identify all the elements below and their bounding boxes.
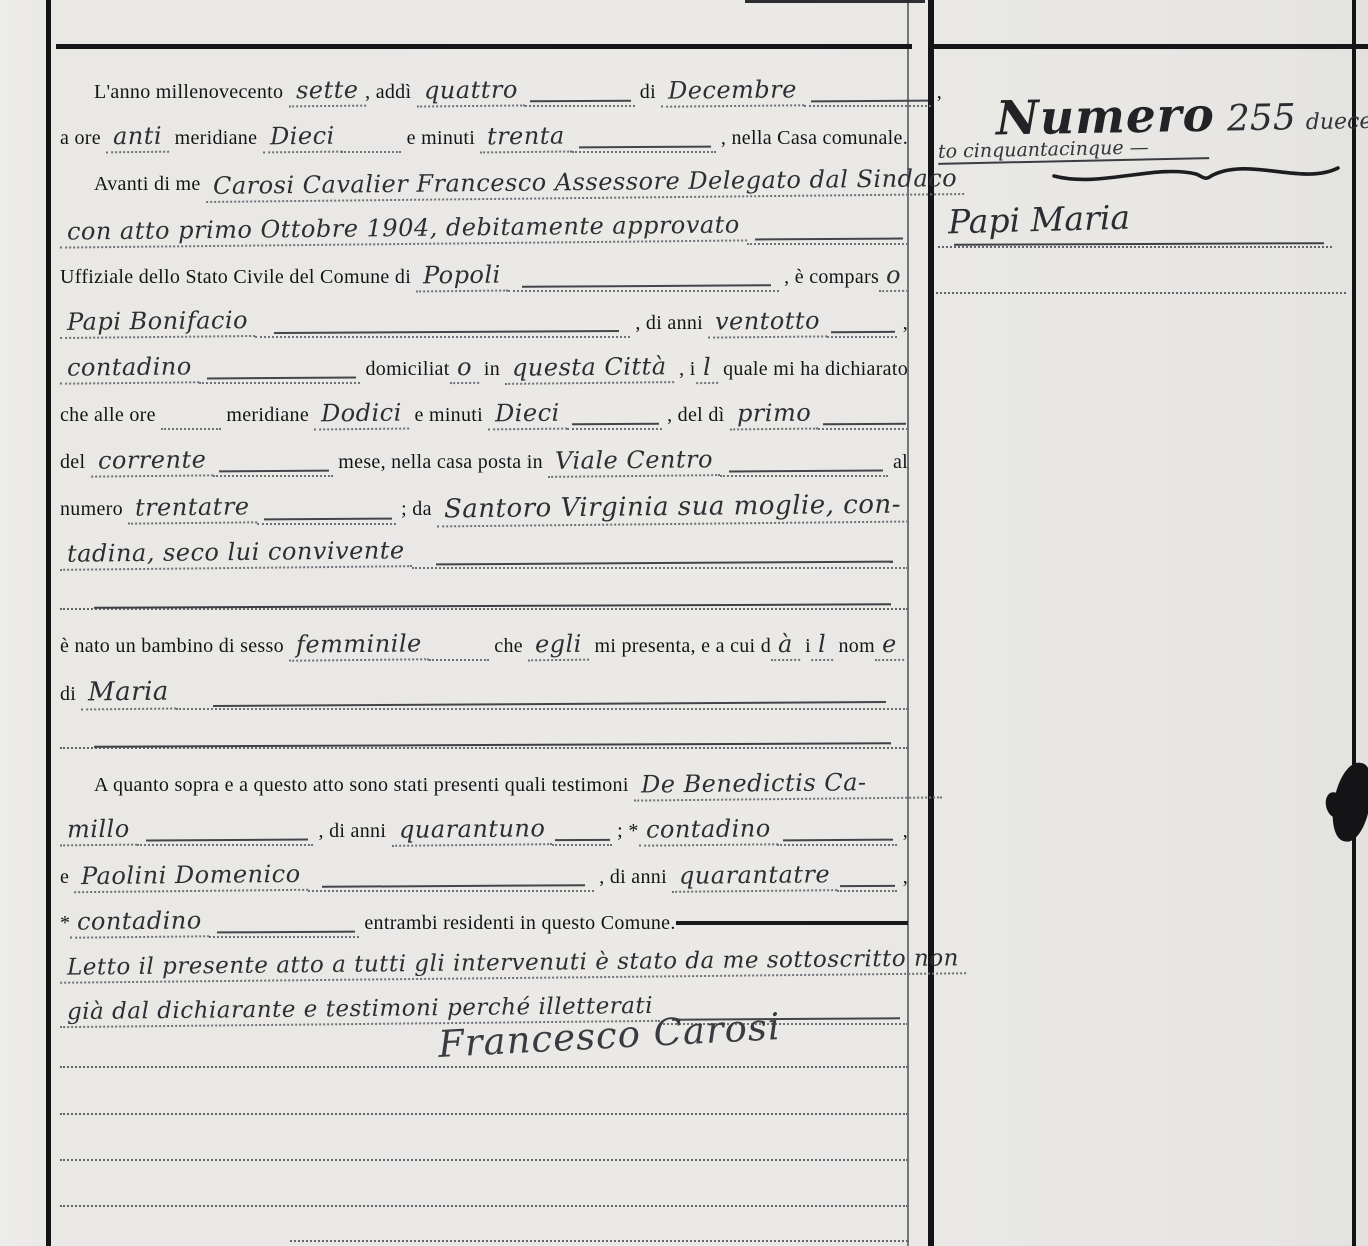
ruled-line-blank <box>60 743 908 749</box>
handwritten-entry-house-number: trentatre <box>128 492 257 524</box>
act-line-witnesses-intro: A quanto sopra e a questo atto sono stat… <box>60 769 942 800</box>
handwritten-entry-letter: e <box>875 630 904 661</box>
margin-number-value: 255 <box>1215 97 1296 139</box>
printed-text: , del dì <box>662 404 730 427</box>
printed-text: ; da <box>396 498 437 521</box>
printed-text: , di anni <box>594 866 672 889</box>
handwritten-entry-sex: femminile <box>289 629 429 661</box>
margin-name-rule <box>938 242 1332 248</box>
act-line-child-sex: è nato un bambino di sesso femminile che… <box>60 630 908 661</box>
handwritten-entry-mother-cont: tadina, seco lui convivente <box>60 536 412 571</box>
printed-text: quale mi ha dichiarato <box>718 358 908 381</box>
ruled-blank <box>508 261 779 292</box>
ruled-line-blank <box>60 604 908 610</box>
printed-text: Uffiziale dello Stato Civile del Comune … <box>60 266 416 289</box>
handwritten-entry-witness2-profession: contadino <box>70 906 209 938</box>
printed-text: che alle ore <box>60 404 161 427</box>
printed-text: in <box>479 358 506 381</box>
ruled-blank <box>827 307 897 338</box>
handwritten-entry-letter: l <box>811 630 834 661</box>
printed-text: che <box>489 635 528 658</box>
ruled-blank <box>837 861 897 892</box>
printed-text: , <box>931 81 942 104</box>
printed-text: numero <box>60 498 128 521</box>
handwritten-entry-letter: l <box>695 353 718 384</box>
printed-text: i <box>800 635 811 658</box>
printed-text: , è compars <box>779 266 879 289</box>
act-line-birth-place: del corrente mese, nella casa posta in V… <box>60 446 908 477</box>
ruled-blank <box>161 399 221 430</box>
handwritten-entry-declarant-age: ventotto <box>708 306 827 338</box>
act-line-year-date: L'anno millenovecento sette , addì quatt… <box>60 76 942 107</box>
handwritten-entry-minutes: trenta <box>480 122 572 154</box>
margin-registered-name: Papi Maria <box>948 198 1131 242</box>
printed-text: del <box>60 451 91 474</box>
ruled-blank <box>818 399 908 430</box>
ruled-blank <box>747 214 908 245</box>
ruled-blank <box>137 815 313 846</box>
ruled-line-blank <box>290 1236 908 1242</box>
margin-ruled-line <box>936 288 1346 294</box>
ruled-blank <box>804 76 931 107</box>
act-line-child-name: di Maria <box>60 677 908 710</box>
printed-text: di <box>635 81 662 104</box>
handwritten-entry-witness2-name: Paolini Domenico <box>74 860 308 893</box>
printed-text: , <box>897 312 908 335</box>
printed-text: , <box>897 820 908 843</box>
handwritten-entry-witness1-name: De Benedictis Ca- <box>634 767 942 801</box>
printed-text: a ore <box>60 127 106 150</box>
printed-text: al <box>888 451 908 474</box>
handwritten-entry-witness1-age: quarantuno <box>391 814 552 847</box>
printed-text: , di anni <box>630 312 708 335</box>
handwritten-entry-birth-day: primo <box>730 399 819 431</box>
handwritten-entry-hour: Dieci <box>262 122 341 154</box>
printed-text: entrambi residenti in questo Comune. <box>359 912 676 935</box>
handwritten-entry-mother-name: Santoro Virginia sua moglie, con- <box>437 490 908 528</box>
handwritten-entry-comune: Popoli <box>416 261 508 293</box>
handwritten-entry-year: sette <box>288 76 365 108</box>
ruled-line-blank <box>60 1062 908 1068</box>
act-line-profession-domicile: contadino domiciliat o in questa Città ,… <box>60 353 908 384</box>
printed-text: è nato un bambino di sesso <box>60 635 289 658</box>
ruled-line-blank <box>60 1155 908 1161</box>
act-line-closing1: Letto il presente atto a tutti gli inter… <box>60 950 908 979</box>
margin-number-words-tail: duecen- <box>1296 109 1368 136</box>
handwritten-entry-day: quattro <box>416 75 524 107</box>
printed-text: mese, nella casa posta in <box>333 451 548 474</box>
page-right-border-line <box>1352 0 1356 1246</box>
printed-text: L'anno millenovecento <box>94 81 289 104</box>
printed-text: A quanto sopra e a questo atto sono stat… <box>94 774 634 797</box>
printed-asterisk: * <box>60 912 70 935</box>
ruled-blank <box>308 861 594 892</box>
printed-text: e minuti <box>401 127 480 150</box>
act-line-house-number-mother: numero trentatre ; da Santoro Virginia s… <box>60 492 908 525</box>
top-edge-fragment-line <box>745 0 925 3</box>
header-rule-left <box>56 44 912 49</box>
handwritten-entry-meridian: anti <box>106 122 169 154</box>
handwritten-entry-street: Viale Centro <box>548 445 720 478</box>
printed-text: mi presenta, e a cui d <box>589 635 771 658</box>
printed-text: nom <box>833 635 875 658</box>
ruled-blank <box>341 122 401 153</box>
printed-text: meridiane <box>221 404 314 427</box>
act-line-declarant: Papi Bonifacio , di anni ventotto , <box>60 307 908 338</box>
printed-text: , addì <box>365 81 417 104</box>
printed-text: , di anni <box>313 820 391 843</box>
act-line-delegation: con atto primo Ottobre 1904, debitamente… <box>60 214 908 245</box>
ruled-blank <box>255 307 630 338</box>
handwritten-entry-profession: contadino <box>60 352 199 384</box>
flourish-swash <box>1050 158 1342 190</box>
handwritten-entry-birth-hour: Dodici <box>314 399 409 431</box>
act-line-official: Avanti di me Carosi Cavalier Francesco A… <box>60 168 942 199</box>
handwritten-entry-letter: o <box>449 353 478 384</box>
ruled-blank <box>572 122 715 153</box>
printed-text: meridiane <box>169 127 262 150</box>
printed-text: , <box>897 866 908 889</box>
handwritten-entry-letter: o <box>879 261 908 292</box>
handwritten-entry-letter: à <box>771 630 800 661</box>
ruled-line-blank <box>60 1109 908 1115</box>
printed-text: , i <box>674 358 696 381</box>
handwritten-closing-text: Letto il presente atto a tutti gli inter… <box>60 945 966 983</box>
ruled-blank <box>209 907 359 938</box>
scanned-birth-record-page: L'anno millenovecento sette , addì quatt… <box>0 0 1368 1246</box>
act-line-witness2-profession: * contadino entrambi residenti in questo… <box>60 907 908 938</box>
ruled-blank <box>567 399 662 430</box>
handwritten-entry-pronoun: egli <box>528 630 589 662</box>
act-line-mother-cont: tadina, seco lui convivente <box>60 538 908 569</box>
printed-text: domiciliat <box>360 358 449 381</box>
page-left-border-line <box>46 0 51 1246</box>
handwritten-entry-domicile: questa Città <box>505 352 674 385</box>
handwritten-entry-birth-minutes: Dieci <box>488 399 567 431</box>
printed-text: Avanti di me <box>94 173 206 196</box>
printed-text: e <box>60 866 74 889</box>
act-line-hour: a ore anti meridiane Dieci e minuti tren… <box>60 122 908 153</box>
act-line-witness1: millo , di anni quarantuno ; * contadino… <box>60 815 908 846</box>
handwritten-entry-child-name: Maria <box>81 677 176 711</box>
handwritten-entry-witness2-age: quarantatre <box>672 860 837 893</box>
ruled-blank <box>552 815 612 846</box>
ruled-blank <box>720 446 887 477</box>
ruled-blank <box>176 677 908 710</box>
ruled-blank <box>777 815 897 846</box>
ruled-blank <box>412 538 908 569</box>
handwritten-entry-witness1-cont: millo <box>60 815 137 847</box>
printed-text: ; * <box>612 820 639 843</box>
handwritten-entry-month-ref: corrente <box>90 445 213 477</box>
act-line-witness2: e Paolini Domenico , di anni quarantatre… <box>60 861 908 892</box>
handwritten-entry-witness1-profession: contadino <box>638 814 777 846</box>
ruled-line-blank <box>60 1201 908 1207</box>
ruled-blank <box>213 446 333 477</box>
ruled-blank <box>257 492 396 525</box>
ruled-blank <box>429 630 489 661</box>
solid-closing-line <box>676 921 908 925</box>
act-line-comune: Uffiziale dello Stato Civile del Comune … <box>60 261 908 292</box>
ruled-blank <box>525 76 635 107</box>
header-rule-right <box>934 44 1368 49</box>
printed-text: di <box>60 683 81 706</box>
act-line-birth-time: che alle ore meridiane Dodici e minuti D… <box>60 399 908 430</box>
printed-text: , nella Casa comunale. <box>716 127 908 150</box>
handwritten-entry-official-name: Carosi Cavalier Francesco Assessore Dele… <box>206 164 964 203</box>
handwritten-entry-delegation: con atto primo Ottobre 1904, debitamente… <box>60 210 747 248</box>
printed-text: e minuti <box>409 404 488 427</box>
handwritten-entry-declarant-name: Papi Bonifacio <box>60 306 255 339</box>
ruled-blank <box>199 353 360 384</box>
handwritten-entry-month: Decembre <box>661 75 804 107</box>
